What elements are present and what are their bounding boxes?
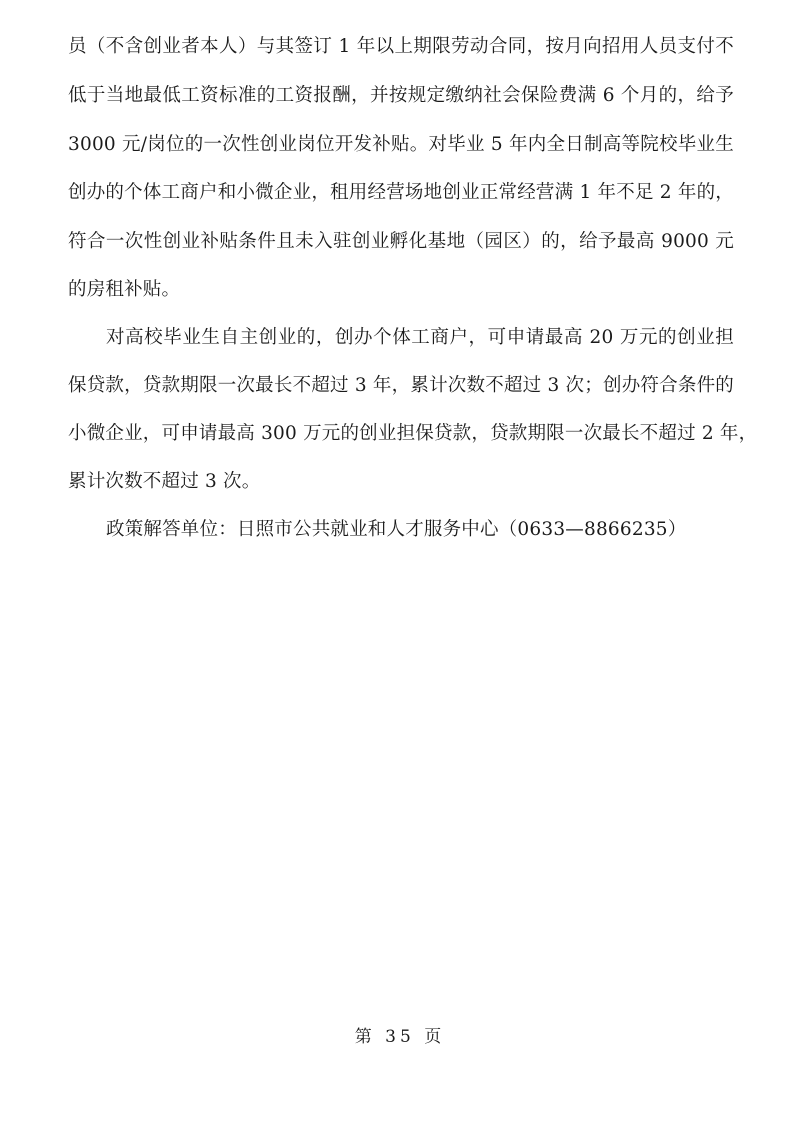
paragraph-1-line-3: 3000 元/岗位的一次性创业岗位开发补贴。对毕业 5 年内全日制高等院校毕业生	[68, 133, 734, 157]
paragraph-2-line-3: 小微企业，可申请最高 300 万元的创业担保贷款，贷款期限一次最长不超过 2 年…	[68, 422, 734, 446]
document-page: 员（不含创业者本人）与其签订 1 年以上期限劳动合同，按月向招用人员支付不 低于…	[0, 0, 800, 1137]
paragraph-1-line-6: 的房租补贴。	[68, 278, 734, 302]
paragraph-2-line-2: 保贷款，贷款期限一次最长不超过 3 年，累计次数不超过 3 次；创办符合条件的	[68, 374, 734, 398]
paragraph-1-line-5: 符合一次性创业补贴条件且未入驻创业孵化基地（园区）的，给予最高 9000 元	[68, 230, 734, 254]
paragraph-1-line-2: 低于当地最低工资标准的工资报酬，并按规定缴纳社会保险费满 6 个月的，给予	[68, 84, 734, 108]
page-number: 第 35 页	[0, 1022, 800, 1047]
contact-line: 政策解答单位：日照市公共就业和人才服务中心（0633—8866235）	[106, 518, 734, 542]
paragraph-2-line-1: 对高校毕业生自主创业的，创办个体工商户，可申请最高 20 万元的创业担	[106, 326, 734, 350]
paragraph-2-line-4: 累计次数不超过 3 次。	[68, 470, 734, 494]
paragraph-1-line-4: 创办的个体工商户和小微企业，租用经营场地创业正常经营满 1 年不足 2 年的，	[68, 181, 734, 205]
paragraph-1-line-1: 员（不含创业者本人）与其签订 1 年以上期限劳动合同，按月向招用人员支付不	[68, 35, 734, 59]
